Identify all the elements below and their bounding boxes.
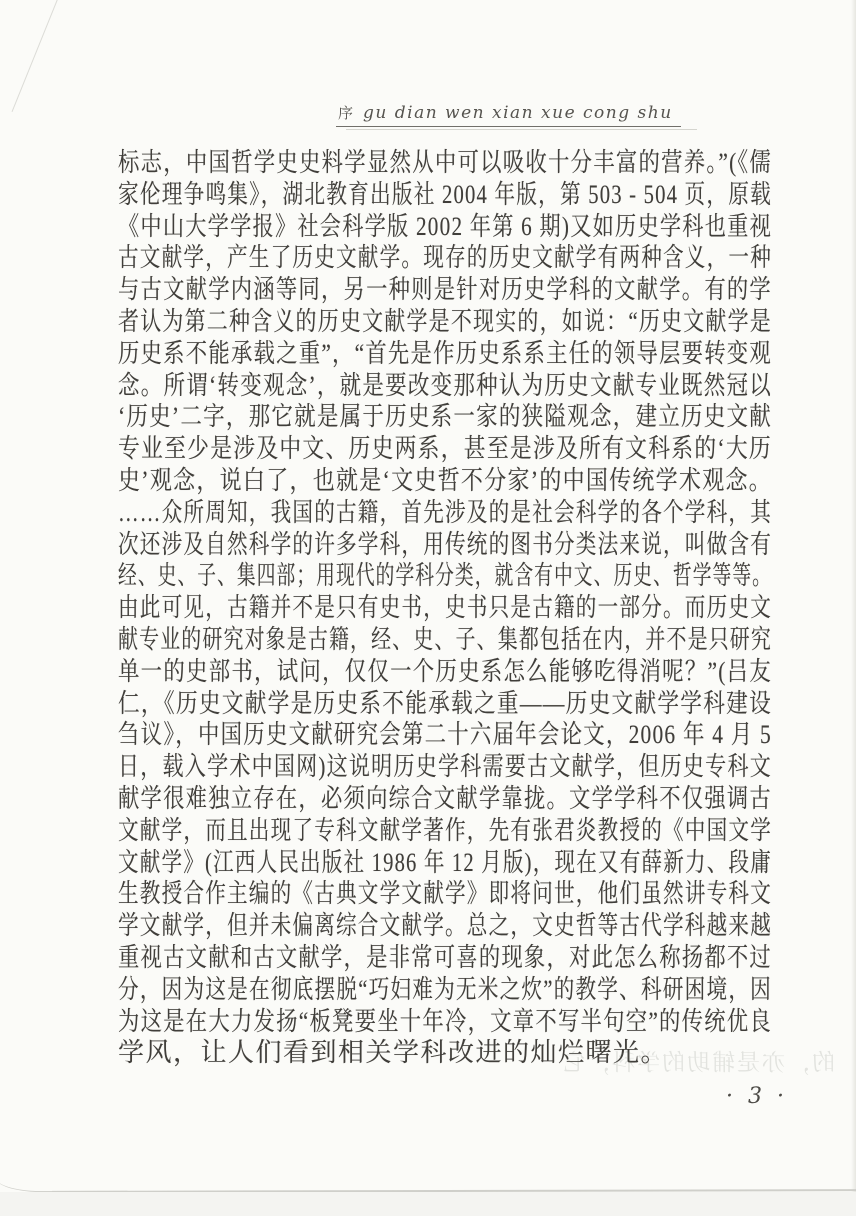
scanned-book-page: 序 gu dian wen xian xue cong shu 标志，中国哲学史… — [0, 0, 856, 1216]
header-section-label: 序 — [338, 102, 354, 123]
text-line: 生教授合作主编的《古典文学文献学》即将问世，他们虽然讲专科文 — [118, 878, 772, 910]
text-line: 标志，中国哲学史史料学显然从中可以吸收十分丰富的营养。”(《儒 — [118, 147, 772, 179]
text-line: 由此可见，古籍并不是只有史书，史书只是古籍的一部分。而历史文 — [118, 592, 772, 624]
text-line: ‘历史’二字，那它就是属于历史系一家的狭隘观念，建立历史文献 — [118, 401, 772, 433]
page-number: · 3 · — [726, 1084, 788, 1109]
text-line: 刍议》，中国历史文献研究会第二十六届年会论文，2006 年 4 月 5 — [118, 719, 772, 751]
running-header: 序 gu dian wen xian xue cong shu — [336, 102, 681, 127]
ink-bleedthrough-text: 的，亦是辅助的学科，它 — [505, 1044, 835, 1077]
text-line: 单一的史部书，试问，仅仅一个历史系怎么能够吃得消呢？”(吕友 — [118, 656, 772, 688]
text-line: 文献学，而且出现了专科文献学著作，先有张君炎教授的《中国文学 — [118, 815, 772, 847]
text-line: 经、史、子、集四部；用现代的学科分类，就含有中文、历史、哲学等等。 — [118, 560, 772, 592]
text-line: 文献学》(江西人民出版社 1986 年 12 月版)，现在又有薛新力、段庸 — [118, 847, 772, 879]
text-line: 分，因为这是在彻底摆脱“巧妇难为无米之炊”的教学、科研困境，因 — [118, 974, 772, 1006]
text-line: 者认为第二种含义的历史文献学是不现实的，如说：“历史文献学是 — [118, 306, 772, 338]
text-line: 为这是在大力发扬“板凳要坐十年冷，文章不写半句空”的传统优良 — [118, 1006, 772, 1038]
text-line: 献专业的研究对象是古籍，经、史、子、集都包括在内，并不是只研究 — [118, 624, 772, 656]
scan-page-edge-curve — [0, 1170, 56, 1192]
text-line: 历史系不能承载之重”，“首先是作历史系系主任的领导层要转变观 — [118, 338, 772, 370]
scan-corner-artifact — [12, 0, 61, 112]
header-series-pinyin: gu dian wen xian xue cong shu — [363, 103, 673, 123]
text-line: 仁，《历史文献学是历史系不能承载之重——历史文献学学科建设 — [118, 688, 772, 720]
text-line: ……众所周知，我国的古籍，首先涉及的是社会科学的各个学科，其 — [118, 497, 772, 529]
body-text-block: 标志，中国哲学史史料学显然从中可以吸收十分丰富的营养。”(《儒家伦理争鸣集》，湖… — [118, 147, 774, 1069]
text-line: 史’观念，说白了，也就是‘文史哲不分家’的中国传统学术观念。 — [118, 465, 772, 497]
text-line: 念。所谓‘转变观念’，就是要改变那种认为历史文献专业既然冠以 — [118, 370, 772, 402]
text-line: 献学很难独立存在，必须向综合文献学靠拢。文学学科不仅强调古 — [118, 783, 772, 815]
text-line: 学文献学，但并未偏离综合文献学。总之，文史哲等古代学科越来越 — [118, 910, 772, 942]
text-line: 重视古文献和古文献学，是非常可喜的现象，对此怎么称扬都不过 — [118, 942, 772, 974]
text-line: 次还涉及自然科学的许多学科，用传统的图书分类法来说，叫做含有 — [118, 529, 772, 561]
scan-right-edge — [851, 0, 856, 1216]
text-line: 专业至少是涉及中文、历史两系，甚至是涉及所有文科系的‘大历 — [118, 433, 772, 465]
text-line: 与古文献学内涵等同，另一种则是针对历史学科的文献学。有的学 — [118, 274, 772, 306]
scan-background-below-page — [0, 1192, 856, 1216]
text-line: 家伦理争鸣集》，湖北教育出版社 2004 年版，第 503 - 504 页，原载 — [118, 179, 772, 211]
text-line: 古文献学，产生了历史文献学。现存的历史文献学有两种含义，一种 — [118, 242, 772, 274]
text-line: 日，载入学术中国网)这说明历史学科需要古文献学，但历史专科文 — [118, 751, 772, 783]
text-line: 《中山大学学报》社会科学版 2002 年第 6 期)又如历史学科也重视 — [118, 211, 772, 243]
